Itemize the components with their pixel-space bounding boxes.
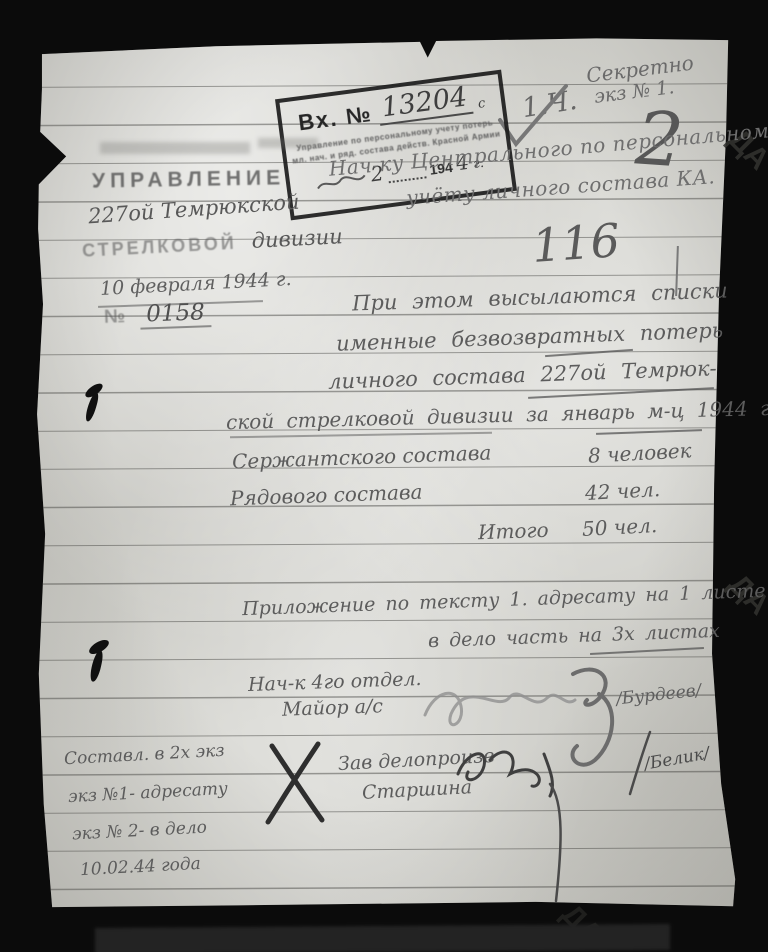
faded-stamp-smudge xyxy=(258,138,318,148)
letterhead-number: № 0158 xyxy=(104,300,212,329)
stamp-inbox-label: Вх. № xyxy=(297,101,374,137)
scrawl-tail xyxy=(550,784,561,901)
letterhead-org-line1: УПРАВЛЕНИЕ xyxy=(92,166,286,193)
scrawl-stroke xyxy=(458,752,552,796)
count-row-value: 42 чел. xyxy=(584,478,660,504)
page-number-pencil: 116 xyxy=(530,215,621,272)
pencil-x-mark xyxy=(258,740,342,826)
count-row-label: Итого xyxy=(478,519,549,543)
scanner-bed-strip xyxy=(95,924,670,952)
faded-stamp-smudge xyxy=(100,142,250,154)
letterhead-number-label: № xyxy=(104,306,126,328)
scrawl-stroke xyxy=(425,693,575,724)
check-stroke xyxy=(500,86,566,144)
signer2-signature-scrawl xyxy=(448,726,588,911)
letterhead-org-line3-hand: дивизии xyxy=(251,224,343,253)
stamp-inbox-number: 13204 xyxy=(376,82,473,126)
stamp-date-dotted-line xyxy=(389,177,427,184)
stamp-inbox-suffix: с xyxy=(477,97,486,112)
scanned-archival-document: { "watermark": { "text": "ДА" }, "header… xyxy=(0,0,768,952)
count-row-value: 50 чел. xyxy=(581,514,657,540)
x-stroke xyxy=(272,746,322,820)
signer1-role-line2: Майор а/с xyxy=(282,696,384,720)
count-row-value: 8 человек xyxy=(587,439,692,466)
letterhead-number-value: 0158 xyxy=(140,299,211,329)
